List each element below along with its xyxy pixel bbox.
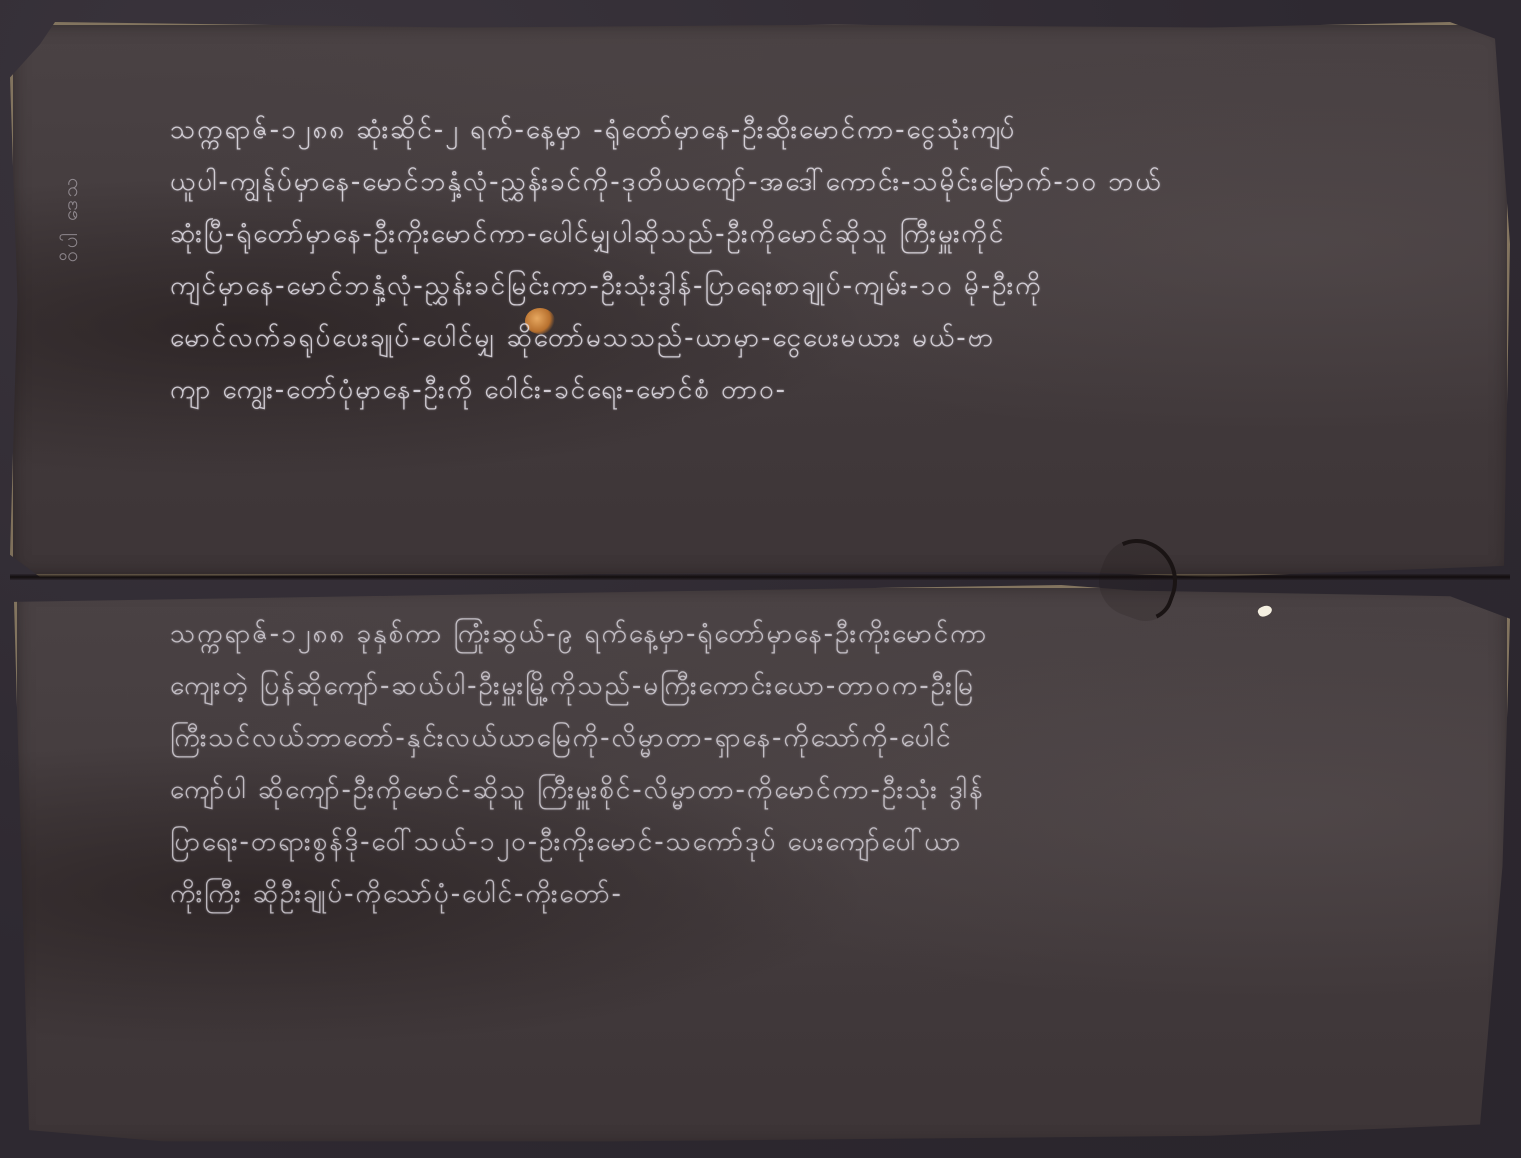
margin-annotation: ဝိပါ ဒေသ <box>55 175 85 262</box>
script-line: ကိုးကြီး ဆိုဦးချုပ်-ကိုသော်ပုံ-ပေါင်-ကို… <box>170 868 1400 920</box>
script-line: ကျင်မှာနေ-မောင်ဘနှံ့လုံ-ညွှန်းခင်မြင်းကာ… <box>170 260 1400 312</box>
top-panel-text: သက္ကရာဇ်-၁၂၈၈ ဆုံးဆိုင်-၂ ရက်-နေ့မှာ -ရု… <box>170 104 1400 416</box>
script-line: ဆုံးပြီ-ရုံတော်မှာနေ-ဦးကိုးမောင်ကာ-ပေါင်… <box>170 208 1400 260</box>
script-line: ကျေးတဲ့ ပြန်ဆိုကျော်-ဆယ်ပါ-ဦးမှူးမြို့ကိ… <box>170 660 1400 712</box>
script-line: ကြီးသင်လယ်ဘာတော်-နှင်းလယ်ယာမြေကို-လိမ္မာ… <box>170 712 1400 764</box>
script-line: ကျာ ကျွေး-တော်ပုံမှာနေ-ဦးကို ဝေါင်း-ခင်ရ… <box>170 364 1400 416</box>
script-line: သက္ကရာဇ်-၁၂၈၈ ခုနှစ်ကာ ကြုံးဆွယ်-၉ ရက်နေ… <box>170 608 1400 660</box>
bottom-panel-text: သက္ကရာဇ်-၁၂၈၈ ခုနှစ်ကာ ကြုံးဆွယ်-၉ ရက်နေ… <box>170 608 1400 920</box>
script-line: သက္ကရာဇ်-၁၂၈၈ ဆုံးဆိုင်-၂ ရက်-နေ့မှာ -ရု… <box>170 104 1400 156</box>
script-line: မောင်လက်ခရုပ်ပေးချုပ်-ပေါင်မျှ ဆိုတော်မသ… <box>170 312 1400 364</box>
fold-crease <box>10 574 1510 580</box>
script-line: ယူပါ-ကျွန်ုပ်မှာနေ-မောင်ဘနှံ့လုံ-ညွှန်းခ… <box>170 156 1400 208</box>
script-line: ကျော်ပါ ဆိုကျော်-ဦးကိုမောင်-ဆိုသူ ကြီးမှ… <box>170 764 1400 816</box>
script-line: ပြာရေး-တရားစွန်ဒို-ဝေါ်သယ်-၁၂၀-ဦးကိုးမော… <box>170 816 1400 868</box>
